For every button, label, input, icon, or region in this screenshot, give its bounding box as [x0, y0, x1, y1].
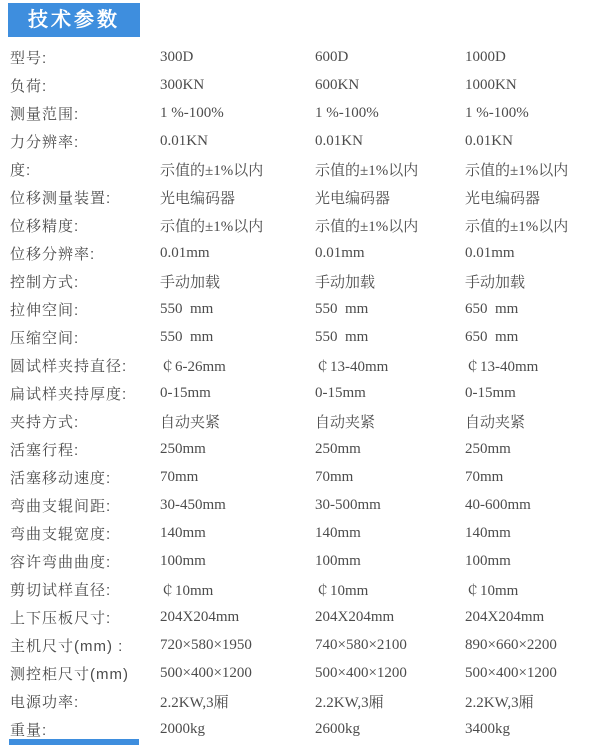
- value-cell-300d: 140mm: [160, 525, 315, 542]
- table-row: 力分辨率: 0.01KN 0.01KN 0.01KN: [0, 127, 612, 155]
- value-cell-600d: 0.01KN: [315, 133, 465, 150]
- value-cell-1000d: 100mm: [465, 553, 612, 570]
- value-cell-1000d: 0-15mm: [465, 385, 612, 402]
- value-cell-300d: 30-450mm: [160, 497, 315, 514]
- row-label: 度:: [10, 159, 160, 180]
- table-row: 压缩空间: 550 mm 550 mm 650 mm: [0, 323, 612, 351]
- row-label: 力分辨率:: [10, 131, 160, 152]
- value-cell-600d: 500×400×1200: [315, 665, 465, 682]
- value-cell-1000d: 204X204mm: [465, 609, 612, 626]
- value-cell-300d: 204X204mm: [160, 609, 315, 626]
- value-cell-1000d: 890×660×2200: [465, 637, 612, 654]
- row-label: 弯曲支辊宽度:: [10, 523, 160, 544]
- tech-specs-page: 技术参数 型号: 300D 600D 1000D 负荷: 300KN 600KN…: [0, 0, 612, 745]
- value-cell-300d: 光电编码器: [160, 187, 315, 208]
- value-cell-600d: 2600kg: [315, 721, 465, 738]
- table-row: 剪切试样直径: ￠10mm ￠10mm ￠10mm: [0, 575, 612, 603]
- value-cell-300d: 550 mm: [160, 301, 315, 318]
- row-label: 电源功率:: [10, 691, 160, 712]
- value-cell-300d: 1 %-100%: [160, 105, 315, 122]
- table-row: 型号: 300D 600D 1000D: [0, 43, 612, 71]
- value-cell-600d: 140mm: [315, 525, 465, 542]
- table-row: 测控柜尺寸(mm) 500×400×1200 500×400×1200 500×…: [0, 659, 612, 687]
- row-label: 拉伸空间:: [10, 299, 160, 320]
- value-cell-600d: 30-500mm: [315, 497, 465, 514]
- value-cell-300d: 2000kg: [160, 721, 315, 738]
- value-cell-1000d: 3400kg: [465, 721, 612, 738]
- value-cell-300d: 250mm: [160, 441, 315, 458]
- value-cell-300d: 2.2KW,3厢: [160, 691, 315, 712]
- value-cell-1000d: 500×400×1200: [465, 665, 612, 682]
- value-cell-1000d: 70mm: [465, 469, 612, 486]
- value-cell-600d: 1 %-100%: [315, 105, 465, 122]
- value-cell-600d: 示值的±1%以内: [315, 215, 465, 236]
- value-cell-600d: 光电编码器: [315, 187, 465, 208]
- value-cell-1000d: 650 mm: [465, 329, 612, 346]
- value-cell-1000d: 250mm: [465, 441, 612, 458]
- row-label: 位移测量装置:: [10, 187, 160, 208]
- value-cell-600d: 740×580×2100: [315, 637, 465, 654]
- value-cell-300d: 0.01KN: [160, 133, 315, 150]
- value-cell-1000d: 1000KN: [465, 77, 612, 94]
- table-row: 容许弯曲曲度: 100mm 100mm 100mm: [0, 547, 612, 575]
- value-cell-1000d: 1 %-100%: [465, 105, 612, 122]
- value-cell-1000d: 650 mm: [465, 301, 612, 318]
- row-label: 型号:: [10, 47, 160, 68]
- table-row: 负荷: 300KN 600KN 1000KN: [0, 71, 612, 99]
- value-cell-600d: 204X204mm: [315, 609, 465, 626]
- table-row: 测量范围: 1 %-100% 1 %-100% 1 %-100%: [0, 99, 612, 127]
- row-label: 剪切试样直径:: [10, 579, 160, 600]
- value-cell-300d: 70mm: [160, 469, 315, 486]
- table-row: 活塞移动速度: 70mm 70mm 70mm: [0, 463, 612, 491]
- value-cell-300d: 0.01mm: [160, 245, 315, 262]
- section-header-badge: 技术参数: [8, 3, 140, 37]
- value-cell-300d: ￠10mm: [160, 579, 315, 600]
- value-cell-300d: 手动加载: [160, 271, 315, 292]
- value-cell-600d: ￠10mm: [315, 579, 465, 600]
- table-row: 弯曲支辊间距: 30-450mm 30-500mm 40-600mm: [0, 491, 612, 519]
- row-label: 负荷:: [10, 75, 160, 96]
- table-row: 夹持方式: 自动夹紧 自动夹紧 自动夹紧: [0, 407, 612, 435]
- value-cell-600d: 自动夹紧: [315, 411, 465, 432]
- spec-table: 型号: 300D 600D 1000D 负荷: 300KN 600KN 1000…: [0, 43, 612, 743]
- row-label: 弯曲支辊间距:: [10, 495, 160, 516]
- table-row: 控制方式: 手动加载 手动加载 手动加载: [0, 267, 612, 295]
- value-cell-300d: 0-15mm: [160, 385, 315, 402]
- value-cell-600d: 100mm: [315, 553, 465, 570]
- table-row: 拉伸空间: 550 mm 550 mm 650 mm: [0, 295, 612, 323]
- row-label: 圆试样夹持直径:: [10, 355, 160, 376]
- value-cell-300d: 自动夹紧: [160, 411, 315, 432]
- value-cell-600d: 2.2KW,3厢: [315, 691, 465, 712]
- table-row: 上下压板尺寸: 204X204mm 204X204mm 204X204mm: [0, 603, 612, 631]
- table-row: 度: 示值的±1%以内 示值的±1%以内 示值的±1%以内: [0, 155, 612, 183]
- value-cell-1000d: 自动夹紧: [465, 411, 612, 432]
- value-cell-300d: 500×400×1200: [160, 665, 315, 682]
- table-row: 弯曲支辊宽度: 140mm 140mm 140mm: [0, 519, 612, 547]
- value-cell-600d: 示值的±1%以内: [315, 159, 465, 180]
- table-row: 扁试样夹持厚度: 0-15mm 0-15mm 0-15mm: [0, 379, 612, 407]
- next-section-badge-partial: [9, 739, 139, 745]
- row-label: 位移精度:: [10, 215, 160, 236]
- row-label: 测量范围:: [10, 103, 160, 124]
- table-row: 位移精度: 示值的±1%以内 示值的±1%以内 示值的±1%以内: [0, 211, 612, 239]
- row-label: 上下压板尺寸:: [10, 607, 160, 628]
- table-row: 位移分辨率: 0.01mm 0.01mm 0.01mm: [0, 239, 612, 267]
- value-cell-600d: 250mm: [315, 441, 465, 458]
- value-cell-300d: 100mm: [160, 553, 315, 570]
- value-cell-600d: 600KN: [315, 77, 465, 94]
- value-cell-1000d: 40-600mm: [465, 497, 612, 514]
- value-cell-300d: 550 mm: [160, 329, 315, 346]
- row-label: 活塞移动速度:: [10, 467, 160, 488]
- row-label: 测控柜尺寸(mm): [10, 663, 160, 684]
- table-row: 活塞行程: 250mm 250mm 250mm: [0, 435, 612, 463]
- value-cell-1000d: 手动加载: [465, 271, 612, 292]
- row-label: 容许弯曲曲度:: [10, 551, 160, 572]
- row-label: 主机尺寸(mm) :: [10, 635, 160, 656]
- value-cell-300d: 720×580×1950: [160, 637, 315, 654]
- value-cell-1000d: 示值的±1%以内: [465, 159, 612, 180]
- value-cell-300d: 示值的±1%以内: [160, 215, 315, 236]
- value-cell-300d: 300D: [160, 49, 315, 66]
- row-label: 扁试样夹持厚度:: [10, 383, 160, 404]
- value-cell-1000d: ￠10mm: [465, 579, 612, 600]
- table-row: 电源功率: 2.2KW,3厢 2.2KW,3厢 2.2KW,3厢: [0, 687, 612, 715]
- row-label: 重量:: [10, 719, 160, 740]
- value-cell-600d: 600D: [315, 49, 465, 66]
- value-cell-300d: 示值的±1%以内: [160, 159, 315, 180]
- table-row: 位移测量装置: 光电编码器 光电编码器 光电编码器: [0, 183, 612, 211]
- value-cell-1000d: 示值的±1%以内: [465, 215, 612, 236]
- row-label: 活塞行程:: [10, 439, 160, 460]
- value-cell-1000d: 1000D: [465, 49, 612, 66]
- value-cell-600d: 550 mm: [315, 301, 465, 318]
- value-cell-1000d: 2.2KW,3厢: [465, 691, 612, 712]
- value-cell-600d: 0-15mm: [315, 385, 465, 402]
- value-cell-1000d: 光电编码器: [465, 187, 612, 208]
- value-cell-300d: 300KN: [160, 77, 315, 94]
- row-label: 控制方式:: [10, 271, 160, 292]
- table-row: 圆试样夹持直径: ￠6-26mm ￠13-40mm ￠13-40mm: [0, 351, 612, 379]
- value-cell-1000d: ￠13-40mm: [465, 355, 612, 376]
- value-cell-1000d: 0.01KN: [465, 133, 612, 150]
- value-cell-600d: 70mm: [315, 469, 465, 486]
- table-row: 主机尺寸(mm) : 720×580×1950 740×580×2100 890…: [0, 631, 612, 659]
- value-cell-600d: 手动加载: [315, 271, 465, 292]
- value-cell-600d: 0.01mm: [315, 245, 465, 262]
- value-cell-600d: 550 mm: [315, 329, 465, 346]
- value-cell-300d: ￠6-26mm: [160, 355, 315, 376]
- row-label: 压缩空间:: [10, 327, 160, 348]
- value-cell-600d: ￠13-40mm: [315, 355, 465, 376]
- value-cell-1000d: 0.01mm: [465, 245, 612, 262]
- row-label: 夹持方式:: [10, 411, 160, 432]
- value-cell-1000d: 140mm: [465, 525, 612, 542]
- row-label: 位移分辨率:: [10, 243, 160, 264]
